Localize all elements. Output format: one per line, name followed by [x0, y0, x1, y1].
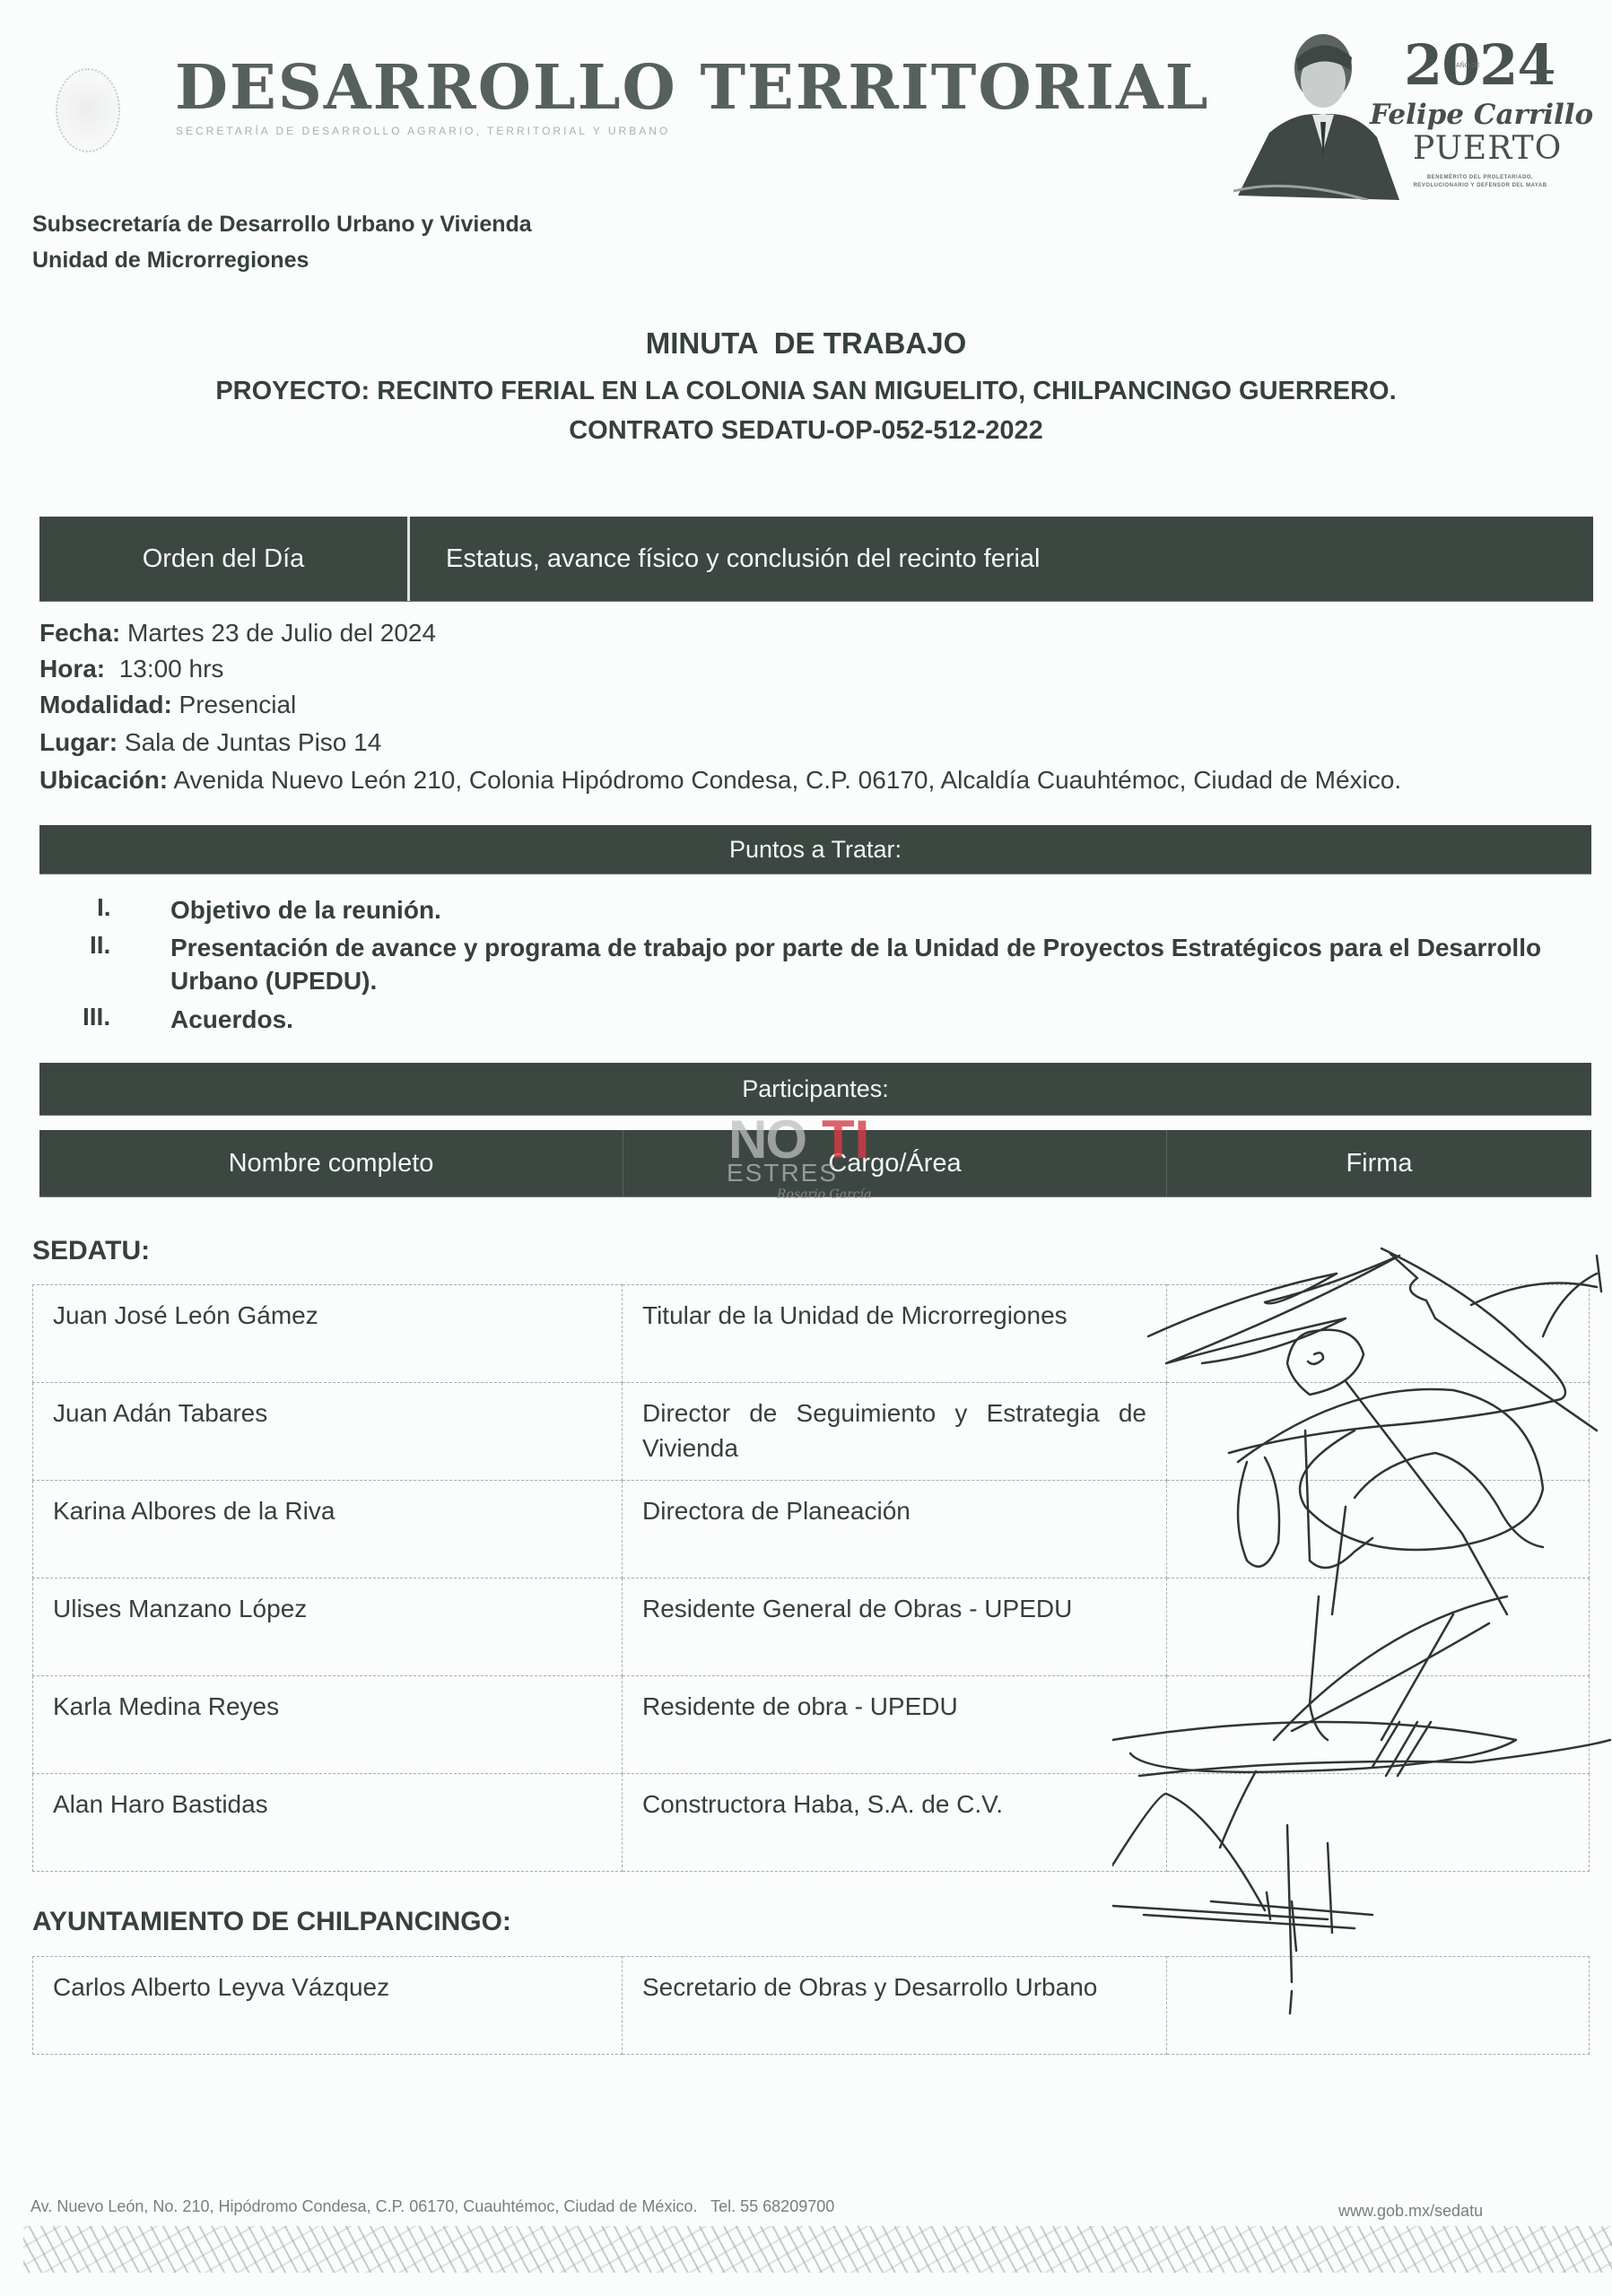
- meeting-mode-value: Presencial: [179, 691, 297, 718]
- participant-signature-cell: [1167, 1957, 1590, 2055]
- participants-heading: Participantes:: [742, 1075, 889, 1103]
- table-row: Juan José León Gámez Titular de la Unida…: [33, 1285, 1590, 1383]
- participant-name: Karla Medina Reyes: [33, 1676, 623, 1774]
- agenda-value: Estatus, avance físico y conclusión del …: [410, 517, 1593, 601]
- group-label-ayuntamiento: AYUNTAMIENTO DE CHILPANCINGO:: [32, 1907, 511, 1937]
- meeting-time-label: Hora:: [39, 655, 105, 683]
- participant-signature-cell: [1167, 1774, 1590, 1872]
- participant-role: Secretario de Obras y Desarrollo Urbano: [623, 1957, 1167, 2055]
- project-title: PROYECTO: RECINTO FERIAL EN LA COLONIA S…: [0, 377, 1612, 406]
- participant-name: Juan José León Gámez: [33, 1285, 623, 1383]
- contract-number: CONTRATO SEDATU-OP-052-512-2022: [0, 416, 1612, 446]
- agenda-label: Orden del Día: [39, 517, 410, 601]
- participants-table-sedatu: Juan José León Gámez Titular de la Unida…: [32, 1284, 1590, 1872]
- participant-signature-cell: [1167, 1285, 1590, 1383]
- mexican-coat-of-arms-seal: [56, 68, 120, 152]
- table-row: Carlos Alberto Leyva Vázquez Secretario …: [33, 1957, 1590, 2055]
- table-row: Juan Adán Tabares Director de Seguimient…: [33, 1383, 1590, 1481]
- column-header-signature: Firma: [1167, 1130, 1591, 1196]
- participant-role: Directora de Planeación: [623, 1481, 1167, 1578]
- agenda-point-number: I.: [97, 893, 160, 922]
- column-header-role: Cargo/Área: [623, 1130, 1167, 1196]
- unit-name: Unidad de Microrregiones: [32, 248, 309, 274]
- meeting-location-label: Ubicación:: [39, 766, 168, 794]
- department-name: Subsecretaría de Desarrollo Urbano y Viv…: [32, 212, 532, 238]
- column-header-name: Nombre completo: [39, 1130, 623, 1196]
- footer-decorative-pattern: [23, 2226, 1612, 2273]
- participants-table-ayuntamiento: Carlos Alberto Leyva Vázquez Secretario …: [32, 1956, 1590, 2055]
- meeting-mode-label: Modalidad:: [39, 691, 172, 718]
- honoree-name: Felipe Carrillo: [1370, 99, 1593, 131]
- meeting-location: Ubicación: Avenida Nuevo León 210, Colon…: [39, 766, 1401, 795]
- meeting-date-value: Martes 23 de Julio del 2024: [127, 619, 436, 647]
- participant-name: Alan Haro Bastidas: [33, 1774, 623, 1872]
- agenda-point-text: Presentación de avance y programa de tra…: [170, 931, 1597, 997]
- table-row: Ulises Manzano López Residente General d…: [33, 1578, 1590, 1676]
- table-row: Karina Albores de la Riva Directora de P…: [33, 1481, 1590, 1578]
- meeting-time: Hora: 13:00 hrs: [39, 655, 223, 683]
- agenda-point-number: II.: [90, 931, 152, 960]
- table-row: Karla Medina Reyes Residente de obra - U…: [33, 1676, 1590, 1774]
- participant-signature-cell: [1167, 1383, 1590, 1481]
- participants-column-header: Nombre completo Cargo/Área Firma: [39, 1130, 1591, 1196]
- honoree-tagline: BENEMÉRITO DEL PROLETARIADO, REVOLUCIONA…: [1408, 174, 1552, 190]
- participant-role: Residente de obra - UPEDU: [623, 1676, 1167, 1774]
- agenda-bar: Orden del Día Estatus, avance físico y c…: [39, 517, 1593, 601]
- participant-role: Director de Seguimiento y Estrategia de …: [623, 1383, 1167, 1481]
- participant-signature-cell: [1167, 1481, 1590, 1578]
- participant-role: Constructora Haba, S.A. de C.V.: [623, 1774, 1167, 1872]
- meeting-mode: Modalidad: Presencial: [39, 691, 296, 719]
- participant-role: Residente General de Obras - UPEDU: [623, 1578, 1167, 1676]
- honoree-surname: PUERTO: [1413, 130, 1562, 167]
- meeting-time-value: 13:00 hrs: [119, 655, 224, 683]
- points-heading: Puntos a Tratar:: [729, 836, 902, 864]
- footer-address: Av. Nuevo León, No. 210, Hipódromo Conde…: [30, 2197, 834, 2216]
- meeting-date: Fecha: Martes 23 de Julio del 2024: [39, 619, 436, 648]
- meeting-date-label: Fecha:: [39, 619, 120, 647]
- meeting-place: Lugar: Sala de Juntas Piso 14: [39, 728, 381, 757]
- participant-name: Juan Adán Tabares: [33, 1383, 623, 1481]
- document-title: MINUTA DE TRABAJO: [0, 326, 1612, 361]
- agenda-point-text: Acuerdos.: [170, 1003, 1597, 1036]
- participants-heading-bar: Participantes:: [39, 1063, 1591, 1115]
- participant-signature-cell: [1167, 1578, 1590, 1676]
- table-row: Alan Haro Bastidas Constructora Haba, S.…: [33, 1774, 1590, 1872]
- year-commemorative-logo: 2024 AÑO DE Felipe Carrillo PUERTO BENEM…: [1233, 16, 1601, 196]
- points-heading-bar: Puntos a Tratar:: [39, 825, 1591, 874]
- brand-title: DESARROLLO TERRITORIAL: [175, 52, 1209, 124]
- participant-role: Titular de la Unidad de Microrregiones: [623, 1285, 1167, 1383]
- agenda-point-number: III.: [83, 1003, 145, 1031]
- meeting-place-label: Lugar:: [39, 728, 118, 756]
- meeting-location-value: Avenida Nuevo León 210, Colonia Hipódrom…: [173, 766, 1401, 794]
- participant-name: Ulises Manzano López: [33, 1578, 623, 1676]
- footer-website-link[interactable]: www.gob.mx/sedatu: [1338, 2202, 1483, 2221]
- group-label-sedatu: SEDATU:: [32, 1236, 150, 1266]
- agenda-point-text: Objetivo de la reunión.: [170, 893, 1597, 926]
- brand-subtitle: SECRETARÍA DE DESARROLLO AGRARIO, TERRIT…: [176, 125, 670, 137]
- participant-name: Carlos Alberto Leyva Vázquez: [33, 1957, 623, 2055]
- meeting-place-value: Sala de Juntas Piso 14: [125, 728, 381, 756]
- participant-name: Karina Albores de la Riva: [33, 1481, 623, 1578]
- year-caption: AÑO DE: [1456, 63, 1480, 69]
- participant-signature-cell: [1167, 1676, 1590, 1774]
